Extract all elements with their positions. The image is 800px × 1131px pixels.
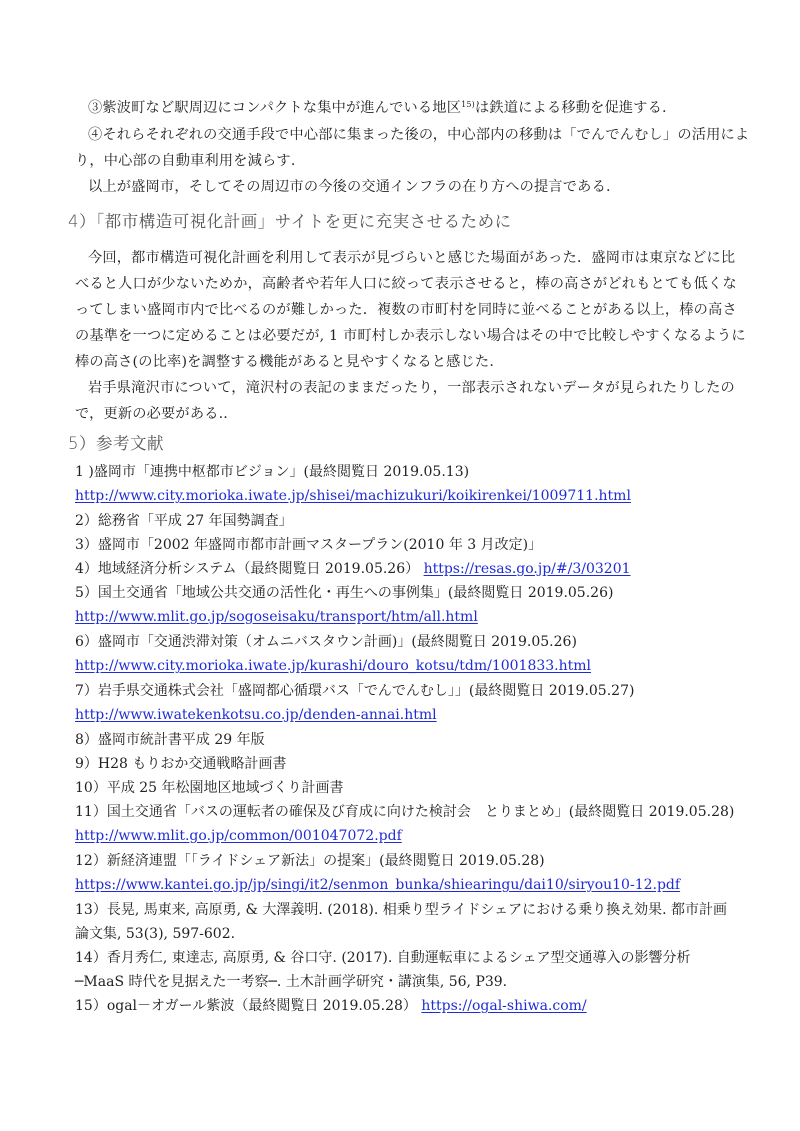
- paragraph-conclusion: 以上が盛岡市，そしてその周辺市の今後の交通インフラの在り方への提言である.: [88, 177, 611, 197]
- section4-line: べると人口が少ないためか，高齢者や若年人口に絞って表示させると，棒の高さがどれも…: [75, 274, 737, 294]
- reference-15-text: 15）ogal－オガール紫波（最終閲覧日 2019.05.28）: [75, 998, 417, 1014]
- section4-line: の基準を一つに定めることは必要だが, 1 市町村しか表示しない場合はその中で比較…: [75, 326, 746, 346]
- reference-15: 15）ogal－オガール紫波（最終閲覧日 2019.05.28） https:/…: [75, 996, 587, 1016]
- section-heading-5: 5）参考文献: [68, 430, 164, 454]
- reference-1: 1 )盛岡市「連携中枢都市ビジョン」(最終閲覧日 2019.05.13): [75, 462, 469, 482]
- reference-14-cont: ─MaaS 時代を見据えた一考察─. 土木計画学研究・講演集, 56, P39.: [75, 972, 507, 992]
- reference-13: 13）長晃, 馬東来, 高原勇, & 大澤義明. (2018). 相乗り型ライド…: [75, 900, 727, 920]
- section4-line: ってしまい盛岡市内で比べるのが難しかった．複数の市町村を同時に並べることがある以…: [75, 300, 737, 320]
- section4-line: で，更新の必要がある..: [75, 404, 228, 424]
- paragraph-proposal-4-line1: ④それらそれぞれの交通手段で中心部に集まった後の，中心部内の移動は「でんでんむし…: [88, 125, 749, 145]
- reference-4-text: 4）地域経済分析システム（最終閲覧日 2019.05.26）: [75, 561, 419, 577]
- reference-5-link-row: http://www.mlit.go.jp/sogoseisaku/transp…: [75, 607, 478, 627]
- reference-5: 5）国土交通省「地域公共交通の活性化・再生への事例集」(最終閲覧日 2019.0…: [75, 583, 613, 603]
- paragraph-proposal-4-line2: り，中心部の自動車利用を減らす.: [75, 151, 296, 171]
- reference-2: 2）総務省「平成 27 年国勢調査」: [75, 511, 293, 531]
- text: は鉄道による移動を促進する.: [475, 100, 667, 116]
- section-heading-4: 4）「都市構造可視化計画」サイトを更に充実させるために: [68, 208, 512, 232]
- reference-7-link-row: http://www.iwatekenkotsu.co.jp/denden-an…: [75, 705, 437, 725]
- reference-12-link[interactable]: https://www.kantei.go.jp/jp/singi/it2/se…: [75, 877, 680, 893]
- reference-13-cont: 論文集, 53(3), 597-602.: [75, 924, 235, 944]
- reference-9: 9）H28 もりおか交通戦略計画書: [75, 754, 286, 774]
- reference-11-link[interactable]: http://www.mlit.go.jp/common/001047072.p…: [75, 828, 402, 844]
- reference-10: 10）平成 25 年松園地区地域づくり計画書: [75, 778, 344, 798]
- footnote-ref: 15): [461, 100, 475, 109]
- reference-8: 8）盛岡市統計書平成 29 年版: [75, 730, 265, 750]
- reference-11: 11）国土交通省「バスの運転者の確保及び育成に向けた検討会 とりまとめ」(最終閲…: [75, 802, 734, 822]
- reference-7: 7）岩手県交通株式会社「盛岡都心循環バス「でんでんむし」」(最終閲覧日 2019…: [75, 681, 634, 701]
- reference-11-link-row: http://www.mlit.go.jp/common/001047072.p…: [75, 826, 402, 846]
- section4-line: 岩手県滝沢市について，滝沢村の表記のままだったり，一部表示されないデータが見られ…: [88, 378, 735, 398]
- reference-1-link-row: http://www.city.morioka.iwate.jp/shisei/…: [75, 486, 631, 506]
- reference-6: 6）盛岡市「交通渋滞対策（オムニバスタウン計画)」(最終閲覧日 2019.05.…: [75, 632, 577, 652]
- section4-line: 棒の高さ(の比率)を調整する機能があると見やすくなると感じた.: [75, 352, 494, 372]
- reference-14: 14）香月秀仁, 東達志, 高原勇, & 谷口守. (2017). 自動運転車に…: [75, 948, 691, 968]
- section4-line: 今回，都市構造可視化計画を利用して表示が見づらいと感じた場面があった．盛岡市は東…: [88, 248, 735, 268]
- reference-6-link[interactable]: http://www.city.morioka.iwate.jp/kurashi…: [75, 658, 591, 674]
- text: ③紫波町など駅周辺にコンパクトな集中が進んでいる地区: [88, 100, 461, 116]
- reference-1-link[interactable]: http://www.city.morioka.iwate.jp/shisei/…: [75, 488, 631, 504]
- reference-12-link-row: https://www.kantei.go.jp/jp/singi/it2/se…: [75, 875, 680, 895]
- reference-7-link[interactable]: http://www.iwatekenkotsu.co.jp/denden-an…: [75, 707, 437, 723]
- reference-12: 12）新経済連盟「「ライドシェア新法」の提案」(最終閲覧日 2019.05.28…: [75, 851, 545, 871]
- reference-15-link[interactable]: https://ogal-shiwa.com/: [421, 998, 586, 1014]
- reference-6-link-row: http://www.city.morioka.iwate.jp/kurashi…: [75, 656, 591, 676]
- reference-5-link[interactable]: http://www.mlit.go.jp/sogoseisaku/transp…: [75, 609, 478, 625]
- reference-4-link[interactable]: https://resas.go.jp/#/3/03201: [424, 561, 631, 577]
- reference-3: 3）盛岡市「2002 年盛岡市都市計画マスタープラン(2010 年 3 月改定)…: [75, 535, 542, 555]
- paragraph-proposal-3: ③紫波町など駅周辺にコンパクトな集中が進んでいる地区15)は鉄道による移動を促進…: [88, 98, 667, 118]
- reference-4: 4）地域経済分析システム（最終閲覧日 2019.05.26） https://r…: [75, 559, 631, 579]
- document-page: ③紫波町など駅周辺にコンパクトな集中が進んでいる地区15)は鉄道による移動を促進…: [0, 0, 800, 1131]
